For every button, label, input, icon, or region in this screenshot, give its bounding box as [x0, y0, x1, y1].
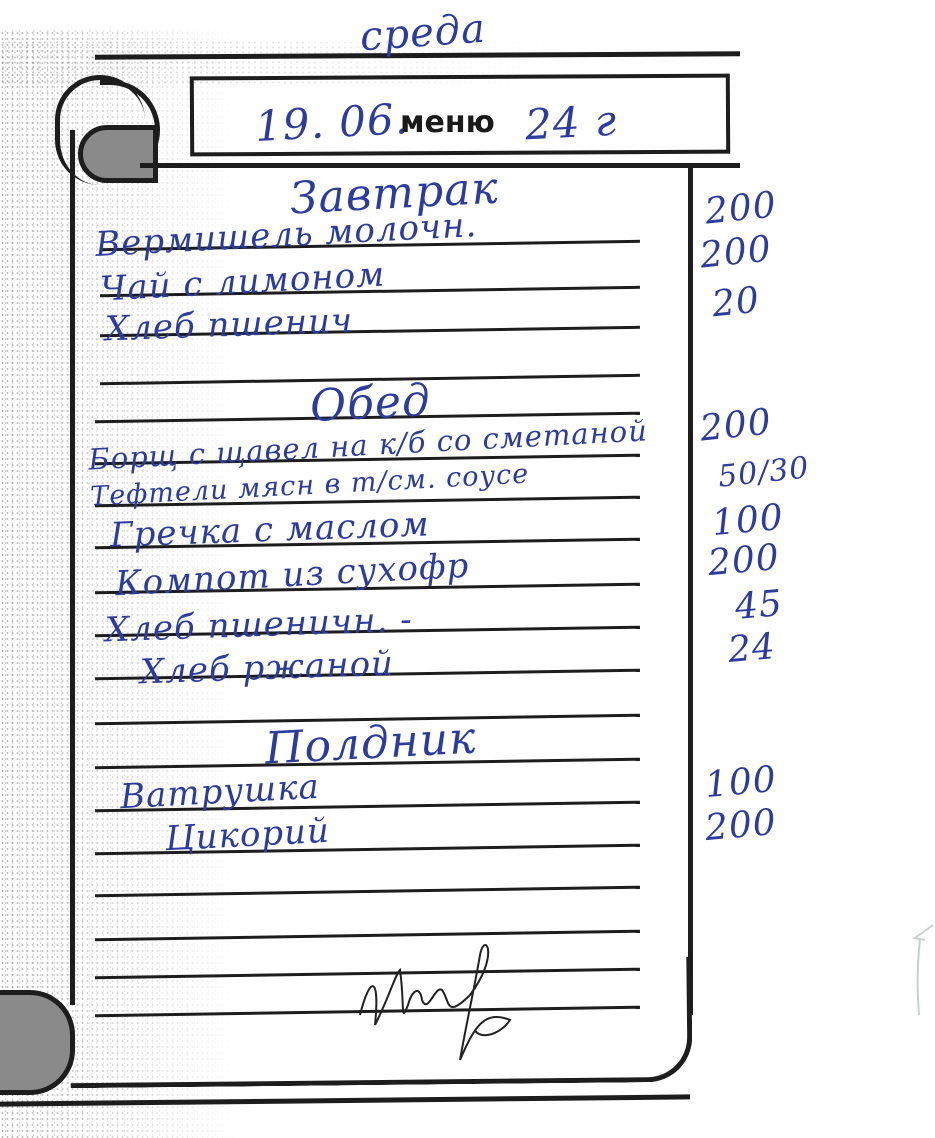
day-of-week: среда	[359, 6, 488, 61]
item-portion: 200	[698, 401, 774, 449]
scroll-roll-bottom-icon	[0, 990, 75, 1095]
scroll-right-border	[688, 165, 693, 1015]
item-portion: 20	[710, 280, 762, 326]
date-day-month: 19. 06.	[254, 94, 410, 151]
item-name: Хлеб пшенич	[104, 301, 353, 350]
item-portion: 200	[703, 184, 779, 232]
section-heading-lunch: Обед	[309, 375, 432, 432]
item-portion: 100	[703, 759, 778, 806]
signature-mark	[350, 935, 550, 1065]
scroll-roll-top-icon	[78, 125, 158, 183]
item-portion: 200	[703, 802, 778, 849]
printed-title: меню	[400, 105, 495, 140]
item-portion: 45	[733, 583, 784, 628]
item-portion: 24	[726, 626, 777, 671]
scroll-left-border	[70, 130, 75, 1005]
item-portion: 50/30	[716, 450, 811, 494]
item-name: Хлеб ржаной	[139, 644, 394, 693]
item-name: Цикорий	[164, 811, 331, 860]
faint-mark	[905, 920, 935, 1020]
date-year: 24 г	[524, 96, 618, 150]
item-portion: 200	[706, 537, 781, 584]
section-heading-afternoon-snack: Полдник	[264, 713, 478, 775]
item-portion: 200	[698, 228, 774, 276]
